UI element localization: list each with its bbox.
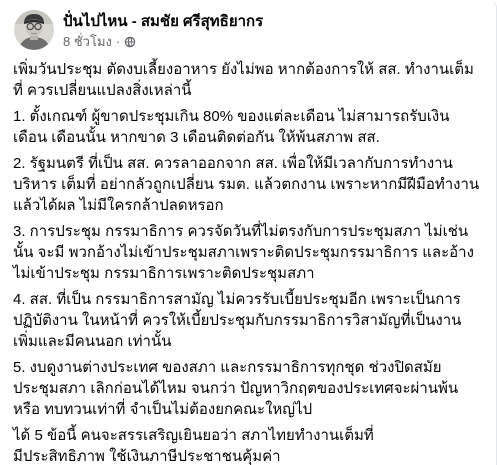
- post-paragraph-intro: เพิ่มวันประชุม ตัดงบเลี้ยงอาหาร ยังไม่พอ…: [13, 59, 482, 101]
- globe-icon: [124, 36, 136, 48]
- facebook-post-card: ปั่นไปไหน - สมชัย ศรีสุทธิยากร 8 ชั่วโมง…: [0, 0, 497, 465]
- post-body: เพิ่มวันประชุม ตัดงบเลี้ยงอาหาร ยังไม่พอ…: [0, 56, 496, 465]
- post-meta: 8 ชั่วโมง ·: [63, 33, 263, 50]
- post-paragraph-item-2: 2. รัฐมนตรี ที่เป็น สส. ควรลาออกจาก สส. …: [13, 153, 482, 216]
- post-paragraph-item-1: 1. ตั้งเกณฑ์ ผู้ขาดประชุมเกิน 80% ของแต่…: [13, 106, 482, 148]
- post-paragraph-closing: ได้ 5 ข้อนี้ คนจะสรรเสริญเยินยอว่า สภาไท…: [13, 425, 482, 465]
- post-paragraph-item-3: 3. การประชุม กรรมาธิการ ควรจัดวันที่ไม่ต…: [13, 221, 482, 284]
- timestamp[interactable]: 8 ชั่วโมง: [63, 33, 112, 50]
- post-paragraph-item-5: 5. งบดูงานต่างประเทศ ของสภา และกรรมาธิกา…: [13, 357, 482, 420]
- post-header: ปั่นไปไหน - สมชัย ศรีสุทธิยากร 8 ชั่วโมง…: [0, 0, 496, 56]
- profile-photo[interactable]: [14, 10, 54, 50]
- author-name[interactable]: ปั่นไปไหน - สมชัย ศรีสุทธิยากร: [63, 12, 263, 32]
- post-paragraph-item-4: 4. สส. ที่เป็น กรรมาธิการสามัญ ไม่ควรรับ…: [13, 289, 482, 352]
- post-header-text: ปั่นไปไหน - สมชัย ศรีสุทธิยากร 8 ชั่วโมง…: [63, 10, 263, 50]
- meta-separator: ·: [116, 33, 120, 50]
- profile-photo-image: [14, 10, 54, 50]
